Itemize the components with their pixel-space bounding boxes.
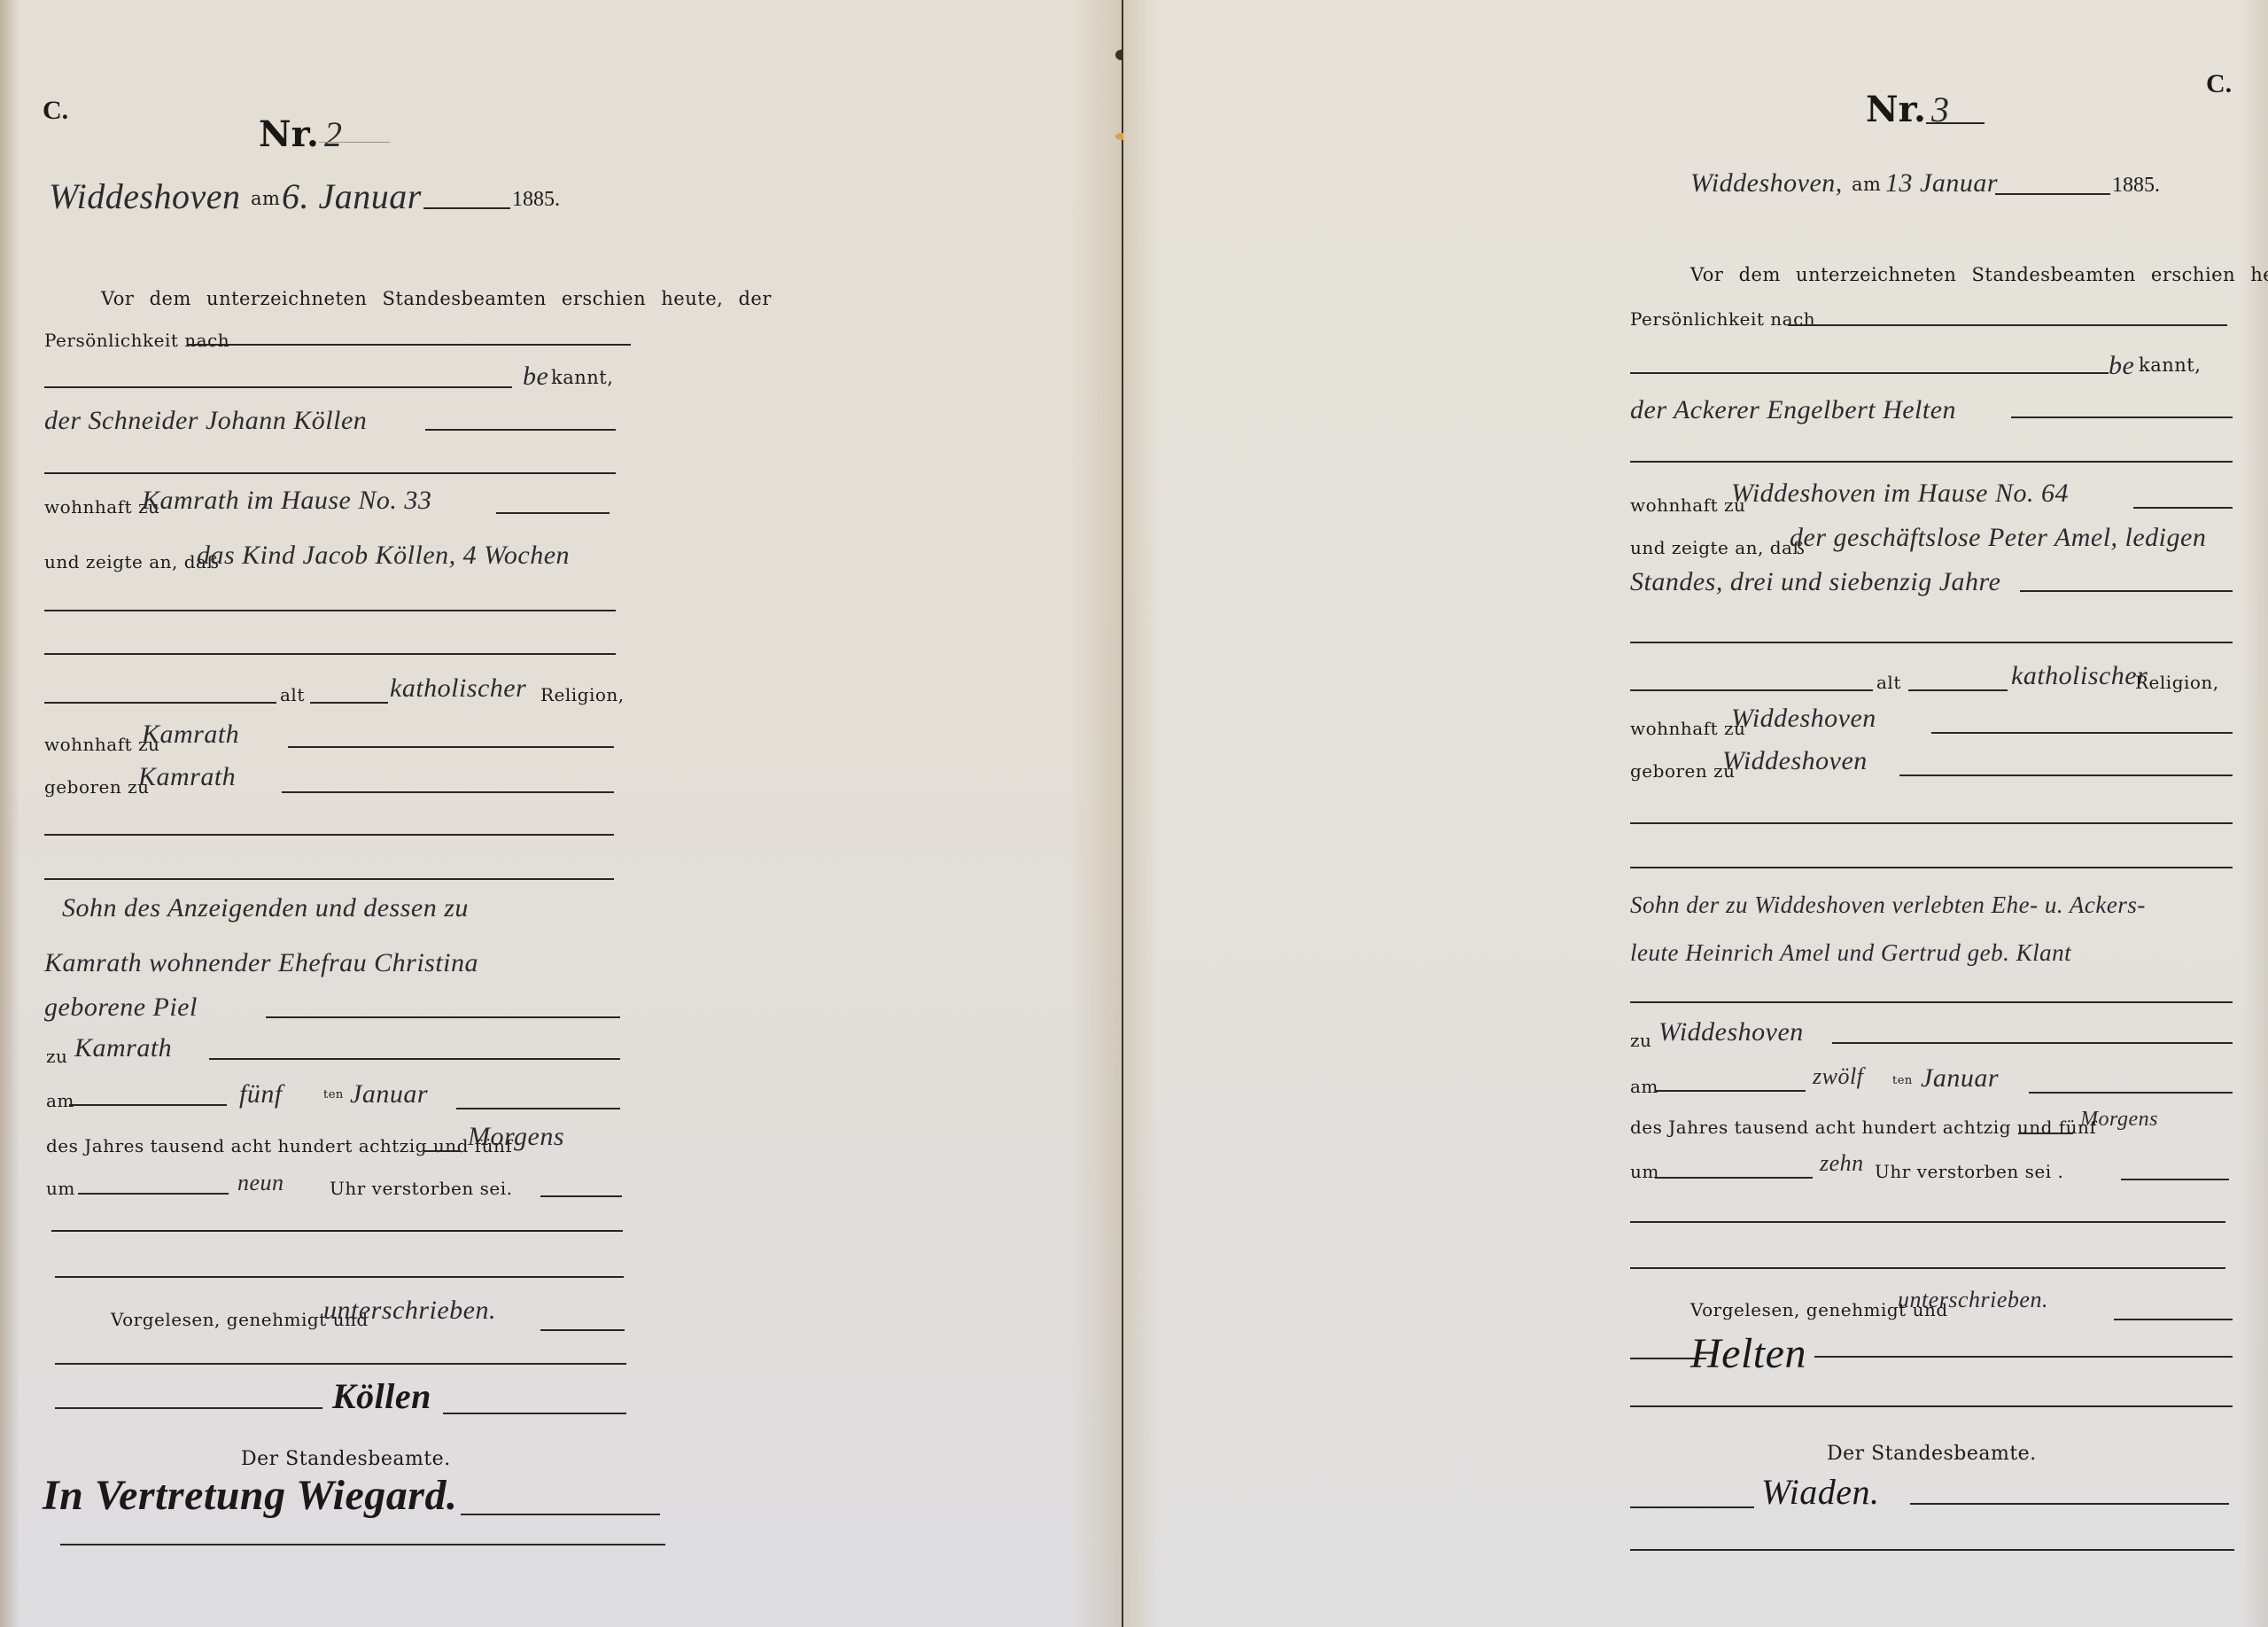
form-rule [310,702,388,704]
persoenlichkeit-label: Persönlichkeit nach [1630,308,1815,330]
form-rule [44,653,616,655]
date-rule [1995,193,2110,195]
deceased-hand: das Kind Jacob Köllen, 4 Wochen [197,541,570,571]
death-day-suffix: ten [1892,1074,1913,1087]
zu-label: zu [1630,1030,1651,1051]
form-rule [1655,1090,1806,1092]
death-month-hand: Januar [1921,1063,1999,1094]
jahres-label: des Jahres tausend acht hundert achtzig … [1630,1117,2096,1138]
record-number-label: Nr. [259,113,319,155]
official-signature: Wiaden. [1761,1471,1879,1513]
right-page: C. Nr. 3 Widdeshoven, am 13 Januar 1885.… [1123,0,2268,1627]
date-rule [423,207,510,209]
form-letter: C. [2206,69,2232,99]
form-rule [1899,775,2233,776]
intro-text: Vor dem unterzeichneten Standesbeamten e… [101,288,772,309]
form-rule [2114,1319,2233,1320]
religion-hand: katholischer [2011,661,2148,691]
form-rule [1630,1506,1754,1508]
geboren-label: geboren zu [1630,760,1736,782]
bekannt-hand: be [523,362,548,392]
form-rule [1630,1405,2233,1407]
bekannt-print: kannt, [2139,354,2201,376]
um-label: um [1630,1161,1659,1182]
und-zeigte-label: und zeigte an, daß [44,551,219,572]
informant-hand: der Schneider Johann Köllen [44,406,367,436]
year: 1885. [2112,174,2160,198]
number-rule [1926,122,1984,124]
form-rule [443,1413,626,1414]
form-letter: C. [43,96,68,126]
wohnhaft2-hand: Widdeshoven [1731,704,1876,734]
form-rule [2011,416,2233,418]
wohnhaft-hand: Kamrath im Hause No. 33 [142,486,431,516]
death-day-hand: fünf [239,1079,283,1109]
bekannt-print: kannt, [551,367,613,388]
form-rule [425,429,616,431]
deceased-line-2: Standes, drei und siebenzig Jahre [1630,567,2000,597]
form-rule [2020,590,2233,592]
standesbeamte-label: Der Standesbeamte. [241,1448,451,1470]
geboren-label: geboren zu [44,776,150,798]
form-rule [55,1276,624,1278]
wohnhaft-label: wohnhaft zu [1630,494,1745,516]
am-label: am [46,1090,74,1111]
wohnhaft-hand: Widdeshoven im Hause No. 64 [1731,479,2069,509]
death-day-suffix: ten [323,1088,344,1102]
form-rule [44,472,616,474]
date-am-label: am [1852,174,1881,195]
official-signature: In Vertretung Wiegard. [43,1471,457,1520]
date-hand: 6. Januar [282,175,422,217]
form-rule [51,1230,623,1232]
hour-hand: neun [237,1170,284,1196]
zu-label: zu [46,1046,67,1067]
standesbeamte-label: Der Standesbeamte. [1827,1443,2037,1465]
form-rule [540,1195,622,1197]
form-rule [60,1544,665,1545]
bekannt-hand: be [2109,351,2134,381]
form-rule [461,1514,660,1515]
year: 1885. [512,188,560,212]
alt-label: alt [280,684,305,705]
form-rule [282,791,614,793]
form-rule [55,1407,322,1409]
form-rule [1630,822,2233,824]
wohnhaft2-label: wohnhaft zu [1630,718,1745,739]
form-rule [1910,1503,2229,1505]
record-number-label: Nr. [1866,89,1926,130]
form-rule [266,1016,620,1018]
form-rule [1630,461,2233,463]
um-label: um [46,1178,75,1199]
parents-line-3: geborene Piel [44,993,198,1023]
form-rule [209,1058,620,1060]
alt-label: alt [1876,672,1901,693]
informant-signature: Helten [1690,1329,1806,1378]
wohnhaft2-hand: Kamrath [142,720,239,750]
form-rule [1630,867,2233,868]
form-rule [1655,1177,1813,1179]
date-hand: 13 Januar [1885,168,1998,199]
form-rule [44,702,276,704]
form-rule [1630,372,2109,374]
religion-label: Religion, [2135,672,2219,693]
form-rule [456,1108,620,1109]
place-hand: Widdeshoven [49,175,241,217]
record-number-value: 2 [324,113,343,155]
deceased-line-1: der geschäftslose Peter Amel, ledigen [1790,523,2206,553]
unterschrieben-hand: unterschrieben. [1898,1287,2048,1313]
form-rule [55,1363,626,1365]
hour-hand: zehn [1820,1150,1864,1177]
form-rule [496,512,610,514]
und-zeigte-label: und zeigte an, daß [1630,537,1805,558]
form-rule [2121,1179,2229,1180]
form-rule [423,1150,461,1152]
form-rule [1630,642,2233,643]
zu-hand: Widdeshoven [1658,1017,1804,1047]
parents-line-1: Sohn des Anzeigenden und dessen zu [62,893,469,923]
uhr-label: Uhr verstorben sei. [330,1178,512,1199]
form-rule [288,746,614,748]
form-rule [44,610,616,611]
jahres-label: des Jahres tausend acht hundert achtzig … [46,1135,512,1156]
tageszeit-hand: Morgens [2080,1108,2158,1132]
left-page: C. Nr. 2 Widdeshoven am 6. Januar 1885. … [0,0,1123,1627]
number-rule [319,142,390,143]
form-rule [1931,732,2233,734]
date-am-label: am [251,188,280,209]
persoenlichkeit-label: Persönlichkeit nach [44,330,229,351]
zu-hand: Kamrath [74,1033,172,1063]
parents-line-2: leute Heinrich Amel und Gertrud geb. Kla… [1630,939,2071,967]
am-label: am [1630,1076,1658,1097]
form-rule [1832,1042,2233,1044]
death-month-hand: Januar [350,1079,428,1109]
intro-text: Vor dem unterzeichneten Standesbeamten e… [1690,264,2268,285]
form-rule [1814,1356,2233,1358]
geboren-hand: Kamrath [138,762,236,792]
informant-signature: Köllen [332,1375,431,1417]
unterschrieben-hand: unterschrieben. [323,1296,496,1326]
place-hand: Widdeshoven, [1690,168,1843,199]
form-rule [44,834,614,836]
form-rule [188,344,631,346]
form-rule [44,878,614,880]
form-rule [44,386,512,388]
form-rule [540,1329,625,1331]
death-day-hand: zwölf [1813,1063,1863,1090]
form-rule [2018,1133,2073,1134]
form-rule [2133,507,2233,509]
tageszeit-hand: Morgens [468,1122,564,1152]
form-rule [1908,689,2008,691]
form-rule [78,1193,229,1195]
parents-line-2: Kamrath wohnender Ehefrau Christina [44,948,478,978]
informant-hand: der Ackerer Engelbert Helten [1630,395,1956,425]
form-rule [1630,1001,2233,1003]
religion-hand: katholischer [390,673,526,704]
form-rule [2029,1092,2233,1094]
form-rule [1630,1267,2225,1269]
geboren-hand: Widdeshoven [1722,746,1868,776]
form-rule [1630,1221,2225,1223]
uhr-label: Uhr verstorben sei . [1875,1161,2063,1182]
form-rule [69,1104,227,1106]
religion-label: Religion, [540,684,625,705]
parents-line-1: Sohn der zu Widdeshoven verlebten Ehe- u… [1630,891,2146,919]
form-rule [1630,1549,2234,1551]
form-rule [1630,689,1873,691]
form-rule [1788,324,2227,326]
